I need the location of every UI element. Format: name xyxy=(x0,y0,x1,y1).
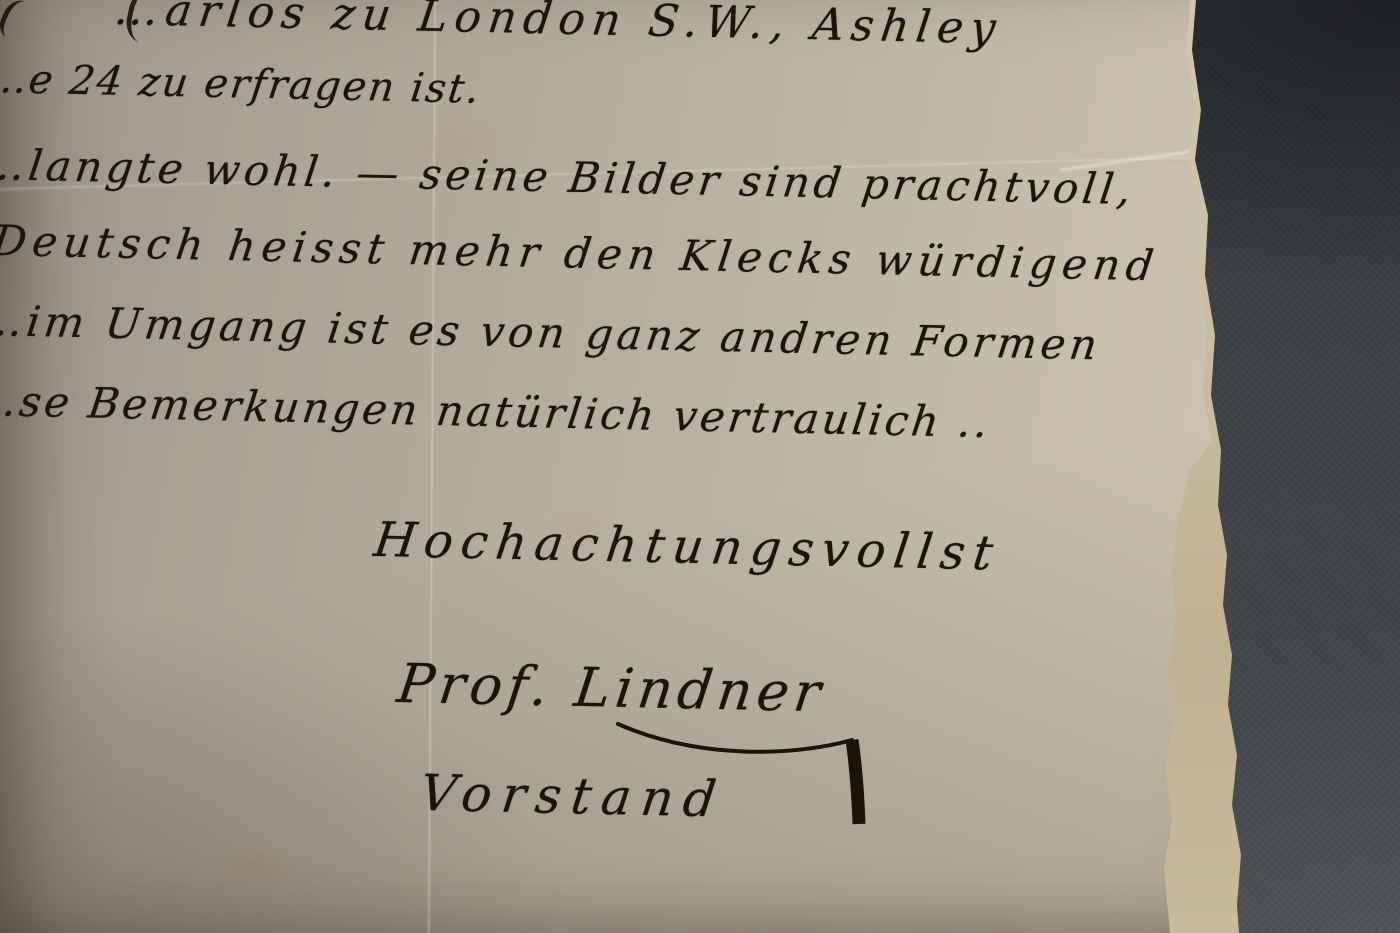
signature-role: Vorstand xyxy=(417,764,730,829)
handwritten-line-3: …langte wohl. — seine Bilder sind pracht… xyxy=(0,140,1138,214)
paper-stain xyxy=(215,845,295,893)
handwritten-line-1: …arlos zu London S.W., Ashley xyxy=(112,0,1006,54)
handwritten-line-4: Deutsch heisst mehr den Klecks würdigend xyxy=(0,216,1162,290)
photo-scene: …arlos zu London S.W., Ashley …e 24 zu e… xyxy=(0,0,1400,933)
handwritten-line-2: …e 24 zu erfragen ist. xyxy=(0,56,484,113)
ink-stroke-fragment xyxy=(0,0,40,45)
letter-paper: …arlos zu London S.W., Ashley …e 24 zu e… xyxy=(0,0,1260,933)
handwritten-line-6: …se Bemerkungen natürlich vertraulich .. xyxy=(0,376,994,447)
handwritten-line-5: …im Umgang ist es von ganz andren Formen xyxy=(0,296,1104,369)
closing-valediction: Hochachtungsvollst xyxy=(371,512,1004,582)
